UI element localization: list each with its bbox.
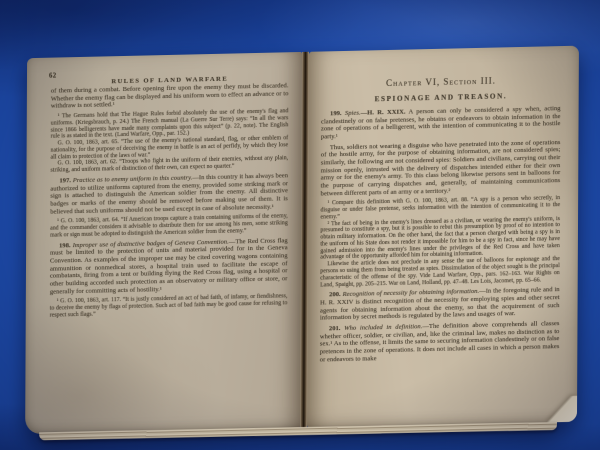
- page-number: 62: [49, 73, 56, 80]
- left-page-header: 62 RULES OF LAND WARFARE: [51, 66, 289, 83]
- footnote-block: ¹ The Germans hold that The Hague Rules …: [50, 108, 288, 174]
- paragraph-number: 200.: [329, 292, 341, 299]
- footnote-block: ¹ G. O. 100, 1863, art. 64. “If American…: [50, 214, 288, 240]
- paragraph-200: 200. Recognition of necessity for obtain…: [320, 287, 560, 323]
- chapter-heading: Chapter VI, Section III.: [321, 74, 561, 89]
- footnote-block: ¹ G. O. 100, 1863, art. 117. “It is just…: [50, 294, 288, 320]
- paragraph-number: 201.: [329, 325, 341, 332]
- book-photo-scene: 62 RULES OF LAND WARFARE of them during …: [0, 0, 600, 450]
- section-title: ESPIONAGE AND TREASON.: [321, 91, 561, 104]
- paragraph-199-continuation: Thus, soldiers not wearing a disguise wh…: [321, 139, 561, 198]
- paragraph-number: 197.: [59, 177, 71, 184]
- left-page: 62 RULES OF LAND WARFARE of them during …: [25, 52, 302, 434]
- paragraph-continuation: of them during a combat. Before opening …: [51, 82, 289, 110]
- open-book: 62 RULES OF LAND WARFARE of them during …: [25, 46, 579, 447]
- paragraph-201: 201. Who included in definition.—The def…: [320, 320, 560, 364]
- footnote: Likewise the article does not preclude i…: [320, 256, 560, 289]
- footnote-block: ¹ Compare this definition with G. O. 100…: [320, 195, 560, 289]
- footnote: ¹ G. O. 100, 1863, art. 64. “If American…: [50, 214, 288, 240]
- footnote: ² The fact of being in the enemy's lines…: [320, 216, 560, 262]
- page-spread: 62 RULES OF LAND WARFARE of them during …: [25, 46, 579, 435]
- footnote: ¹ G. O. 100, 1863, art. 117. “It is just…: [50, 294, 288, 320]
- page-corner-curl: [535, 396, 577, 423]
- paragraph-199: 199. Spies.—H. R. XXIX. A person can onl…: [321, 105, 561, 141]
- paragraph-198: 198. Improper use of distinctive badges …: [50, 237, 288, 296]
- paragraph-number: 198.: [59, 242, 71, 249]
- paragraph-number: 199.: [330, 110, 342, 117]
- right-page: Chapter VI, Section III. ESPIONAGE AND T…: [307, 46, 578, 428]
- paragraph-197: 197. Practice as to enemy uniform in thi…: [50, 172, 288, 216]
- paragraph-title: Spies.: [345, 110, 361, 117]
